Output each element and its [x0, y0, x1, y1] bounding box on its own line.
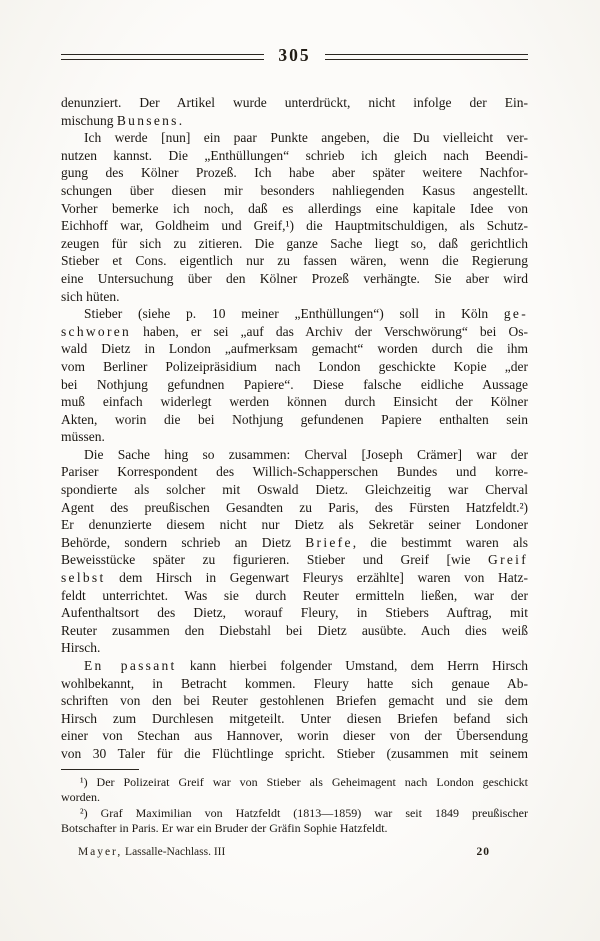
- footer-volume: Lassalle-Nachlass. III: [122, 846, 225, 858]
- letterspaced-emphasis: selbst: [61, 570, 106, 585]
- text-line: schriften von den bei Reuter gestohlenen…: [61, 692, 528, 710]
- text-line: Agent des preußischen Gesandten zu Paris…: [61, 499, 528, 517]
- text-line: wohlbekannt, in Betracht kommen. Fleury …: [61, 675, 528, 693]
- page-footer: Mayer, Lassalle-Nachlass. III 20: [61, 846, 528, 858]
- text-line: feldt unterrichtet. Was sie durch Reuter…: [61, 587, 528, 605]
- header-rule-left: [61, 54, 264, 60]
- footer-sheet-number: 20: [477, 846, 529, 858]
- letterspaced-emphasis: Greif: [488, 552, 528, 567]
- paragraph: ¹) Der Polizeirat Greif war von Stieber …: [61, 775, 528, 806]
- paragraph: Ich werde [nun] ein paar Punkte angeben,…: [61, 129, 528, 305]
- text-line: Behörde, sondern schrieb an Dietz Briefe…: [61, 534, 528, 552]
- text-line: Hirsch zum Durchlesen mitgeteilt. Unter …: [61, 710, 528, 728]
- text-line: selbst dem Hirsch in Gegenwart Fleurys e…: [61, 569, 528, 587]
- text-line: muß einfach widerlegt werden können durc…: [61, 393, 528, 411]
- text-line: Hirsch.: [61, 639, 528, 657]
- text-line: Er denunzierte diesem nicht nur Dietz al…: [61, 516, 528, 534]
- text-line: Ich werde [nun] ein paar Punkte angeben,…: [61, 129, 528, 147]
- text-line: vom Berliner Polizeipräsidium nach Londo…: [61, 358, 528, 376]
- letterspaced-emphasis: Briefe: [305, 535, 353, 550]
- text-line: müssen.: [61, 428, 528, 446]
- body-text: denunziert. Der Artikel wurde unterdrück…: [61, 94, 528, 763]
- text-line: Akten, worin die bei Nothjung gefundenen…: [61, 411, 528, 429]
- text-line: Beweisstücke später zu figurieren. Stieb…: [61, 551, 528, 569]
- text-line: En passant kann hierbei folgender Umstan…: [61, 657, 528, 675]
- letterspaced-emphasis: ge-: [504, 306, 528, 321]
- header-rule-right: [325, 54, 528, 60]
- text-line: Reuter zusammen den Diebstahl bei Dietz …: [61, 622, 528, 640]
- footer-author: Mayer,: [78, 846, 122, 858]
- text-line: eine Untersuchung über den Kölner Prozeß…: [61, 270, 528, 288]
- page-header: 305: [61, 46, 528, 68]
- page-number: 305: [264, 45, 324, 66]
- text-line: von 30 Taler für die Flüchtlinge spricht…: [61, 745, 528, 763]
- text-line: gung des Kölner Prozeß. Ich habe aber sp…: [61, 164, 528, 182]
- text-line: Pariser Korrespondent des Willich-Schapp…: [61, 463, 528, 481]
- text-line: zeugen für sich zu zitieren. Die ganze S…: [61, 235, 528, 253]
- text-line: denunziert. Der Artikel wurde unterdrück…: [61, 94, 528, 112]
- text-line: nutzen kannst. Die „Enthüllungen“ schrie…: [61, 147, 528, 165]
- scanned-book-page: 305 denunziert. Der Artikel wurde unterd…: [0, 0, 600, 941]
- footer-signature: Mayer, Lassalle-Nachlass. III: [61, 846, 225, 858]
- letterspaced-emphasis: Bunsens: [117, 113, 179, 128]
- text-line: Eichhoff war, Goldheim und Greif,¹) die …: [61, 217, 528, 235]
- text-line: worden.: [61, 790, 528, 806]
- text-line: schworen haben, er sei „auf das Archiv d…: [61, 323, 528, 341]
- text-line: Stieber et Cons. eigentlich nur zu fasse…: [61, 252, 528, 270]
- paragraph: ²) Graf Maximilian von Hatzfeldt (1813—1…: [61, 806, 528, 837]
- text-line: Aufenthaltsort des Dietz, worauf Fleury,…: [61, 604, 528, 622]
- text-line: einer von Stechan aus Hannover, worin di…: [61, 727, 528, 745]
- text-line: mischung Bunsens.: [61, 112, 528, 130]
- text-line: sich hüten.: [61, 288, 528, 306]
- page-content: 305 denunziert. Der Artikel wurde unterd…: [61, 46, 528, 858]
- text-line: spondierte als solcher mit Oswald Dietz.…: [61, 481, 528, 499]
- text-line: Stieber (siehe p. 10 meiner „Enthüllunge…: [61, 305, 528, 323]
- footnotes: ¹) Der Polizeirat Greif war von Stieber …: [61, 775, 528, 837]
- letterspaced-emphasis: En passant: [84, 658, 177, 673]
- text-line: ²) Graf Maximilian von Hatzfeldt (1813—1…: [61, 806, 528, 822]
- text-line: Vorher bemerke ich noch, daß es allerdin…: [61, 200, 528, 218]
- text-line: Die Sache hing so zusammen: Cherval [Jos…: [61, 446, 528, 464]
- text-line: schungen über diesen mir besonders nahli…: [61, 182, 528, 200]
- footnote-rule: [61, 769, 139, 770]
- paragraph: denunziert. Der Artikel wurde unterdrück…: [61, 94, 528, 129]
- letterspaced-emphasis: schworen: [61, 324, 131, 339]
- text-line: ¹) Der Polizeirat Greif war von Stieber …: [61, 775, 528, 791]
- text-line: Botschafter in Paris. Er war ein Bruder …: [61, 821, 528, 837]
- text-line: bei Nothjung gefundnen Papiere“. Diese f…: [61, 376, 528, 394]
- paragraph: Die Sache hing so zusammen: Cherval [Jos…: [61, 446, 528, 657]
- paragraph: Stieber (siehe p. 10 meiner „Enthüllunge…: [61, 305, 528, 446]
- paragraph: En passant kann hierbei folgender Umstan…: [61, 657, 528, 763]
- text-line: wald Dietz in London „aufmerksam gemacht…: [61, 340, 528, 358]
